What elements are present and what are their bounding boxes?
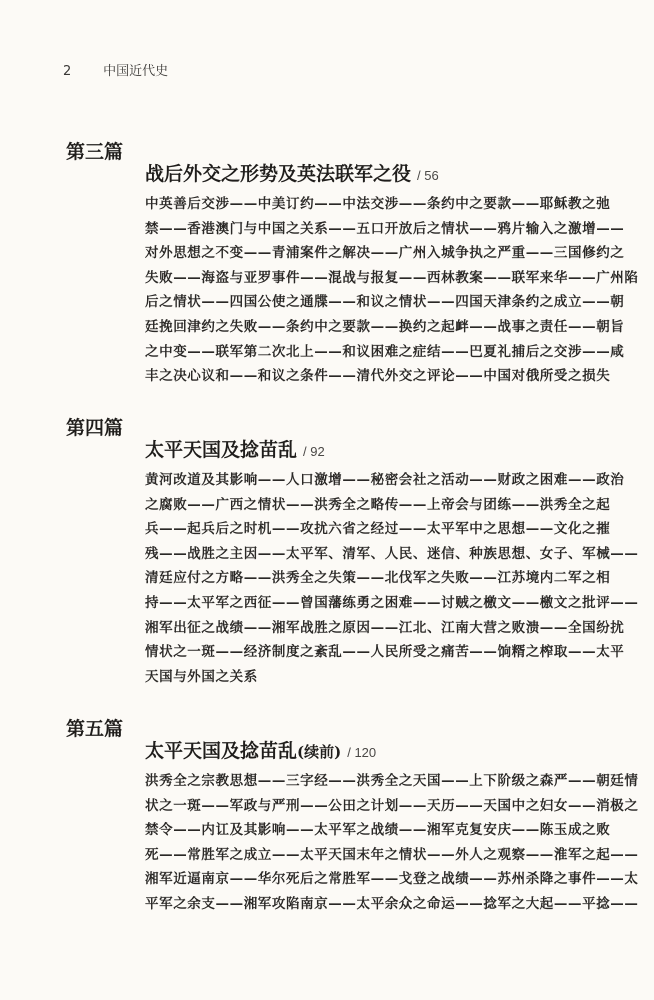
chapter-summary: 洪秀全之宗教思想——三字经——洪秀全之天国——上下阶级之森严——朝廷情 状之一斑… xyxy=(145,769,597,917)
chapter-title-text: 太平天国及捻苗乱 xyxy=(145,740,297,762)
summary-line: 禁——香港澳门与中国之关系——五口开放后之情状——鸦片输入之激增—— xyxy=(145,217,597,242)
chapter-summary: 黄河改道及其影响——人口激增——秘密会社之活动——财政之困难——政治 之腐败——… xyxy=(145,468,597,689)
summary-line: 丰之决心议和——和议之条件——清代外交之评论——中国对俄所受之损失 xyxy=(145,364,597,389)
book-title: 中国近代史 xyxy=(103,64,168,79)
summary-line: 残——战胜之主因——太平军、清军、人民、迷信、种族思想、女子、军械—— xyxy=(145,542,597,567)
summary-line: 失败——海盗与亚罗事件——混战与报复——西林教案——联军来华——广州陷 xyxy=(145,266,597,291)
summary-line: 黄河改道及其影响——人口激增——秘密会社之活动——财政之困难——政治 xyxy=(145,468,597,493)
summary-line: 对外思想之不变——青浦案件之解决——广州入城争执之严重——三国修约之 xyxy=(145,241,597,266)
chapter-page-ref: / 92 xyxy=(303,444,325,459)
chapter-title-suffix: (续前) xyxy=(297,743,341,761)
chapter-title: 战后外交之形势及英法联军之役/ 56 xyxy=(145,159,439,186)
summary-line: 清廷应付之方略——洪秀全之失策——北伐军之失败——江苏境内二军之相 xyxy=(145,566,597,591)
summary-line: 平军之余支——湘军攻陷南京——太平余众之命运——捻军之大起——平捻—— xyxy=(145,892,597,917)
part-label: 第三篇 xyxy=(66,137,123,164)
chapter-title: 太平天国及捻苗乱(续前)/ 120 xyxy=(145,736,376,763)
summary-line: 持——太平军之西征——曾国藩练勇之困难——讨贼之檄文——檄文之批评—— xyxy=(145,591,597,616)
chapter-title-text: 战后外交之形势及英法联军之役 xyxy=(145,163,411,185)
summary-line: 兵——起兵后之时机——攻扰六省之经过——太平军中之思想——文化之摧 xyxy=(145,517,597,542)
summary-line: 天国与外国之关系 xyxy=(145,665,597,690)
summary-line: 湘军近逼南京——华尔死后之常胜军——戈登之战绩——苏州杀降之事件——太 xyxy=(145,867,597,892)
chapter-title: 太平天国及捻苗乱/ 92 xyxy=(145,435,325,462)
chapter-page-ref: / 56 xyxy=(417,168,439,183)
summary-line: 湘军出征之战绩——湘军战胜之原因——江北、江南大营之败溃——全国纷扰 xyxy=(145,616,597,641)
summary-line: 禁令——内讧及其影响——太平军之战绩——湘军克复安庆——陈玉成之败 xyxy=(145,818,597,843)
summary-line: 中英善后交涉——中美订约——中法交涉——条约中之要款——耶稣教之弛 xyxy=(145,192,597,217)
summary-line: 廷挽回津约之失败——条约中之要款——换约之起衅——战事之责任——朝旨 xyxy=(145,315,597,340)
summary-line: 状之一斑——军政与严刑——公田之计划——天历——天国中之妇女——消极之 xyxy=(145,794,597,819)
chapter-summary: 中英善后交涉——中美订约——中法交涉——条约中之要款——耶稣教之弛 禁——香港澳… xyxy=(145,192,597,389)
summary-line: 之腐败——广西之情状——洪秀全之略传——上帝会与团练——洪秀全之起 xyxy=(145,493,597,518)
page-number: 2 xyxy=(63,64,99,79)
part-label: 第四篇 xyxy=(66,413,123,440)
summary-line: 之中变——联军第二次北上——和议困难之症结——巴夏礼捕后之交涉——咸 xyxy=(145,340,597,365)
summary-line: 情状之一斑——经济制度之紊乱——人民所受之痛苦——饷糈之榨取——太平 xyxy=(145,640,597,665)
summary-line: 后之情状——四国公使之通牒——和议之情状——四国天津条约之成立——朝 xyxy=(145,290,597,315)
running-head: 2 中国近代史 xyxy=(63,60,168,79)
chapter-page-ref: / 120 xyxy=(347,745,376,760)
part-label: 第五篇 xyxy=(66,714,123,741)
summary-line: 死——常胜军之成立——太平天国末年之情状——外人之观察——淮军之起—— xyxy=(145,843,597,868)
summary-line: 洪秀全之宗教思想——三字经——洪秀全之天国——上下阶级之森严——朝廷情 xyxy=(145,769,597,794)
chapter-title-text: 太平天国及捻苗乱 xyxy=(145,439,297,461)
